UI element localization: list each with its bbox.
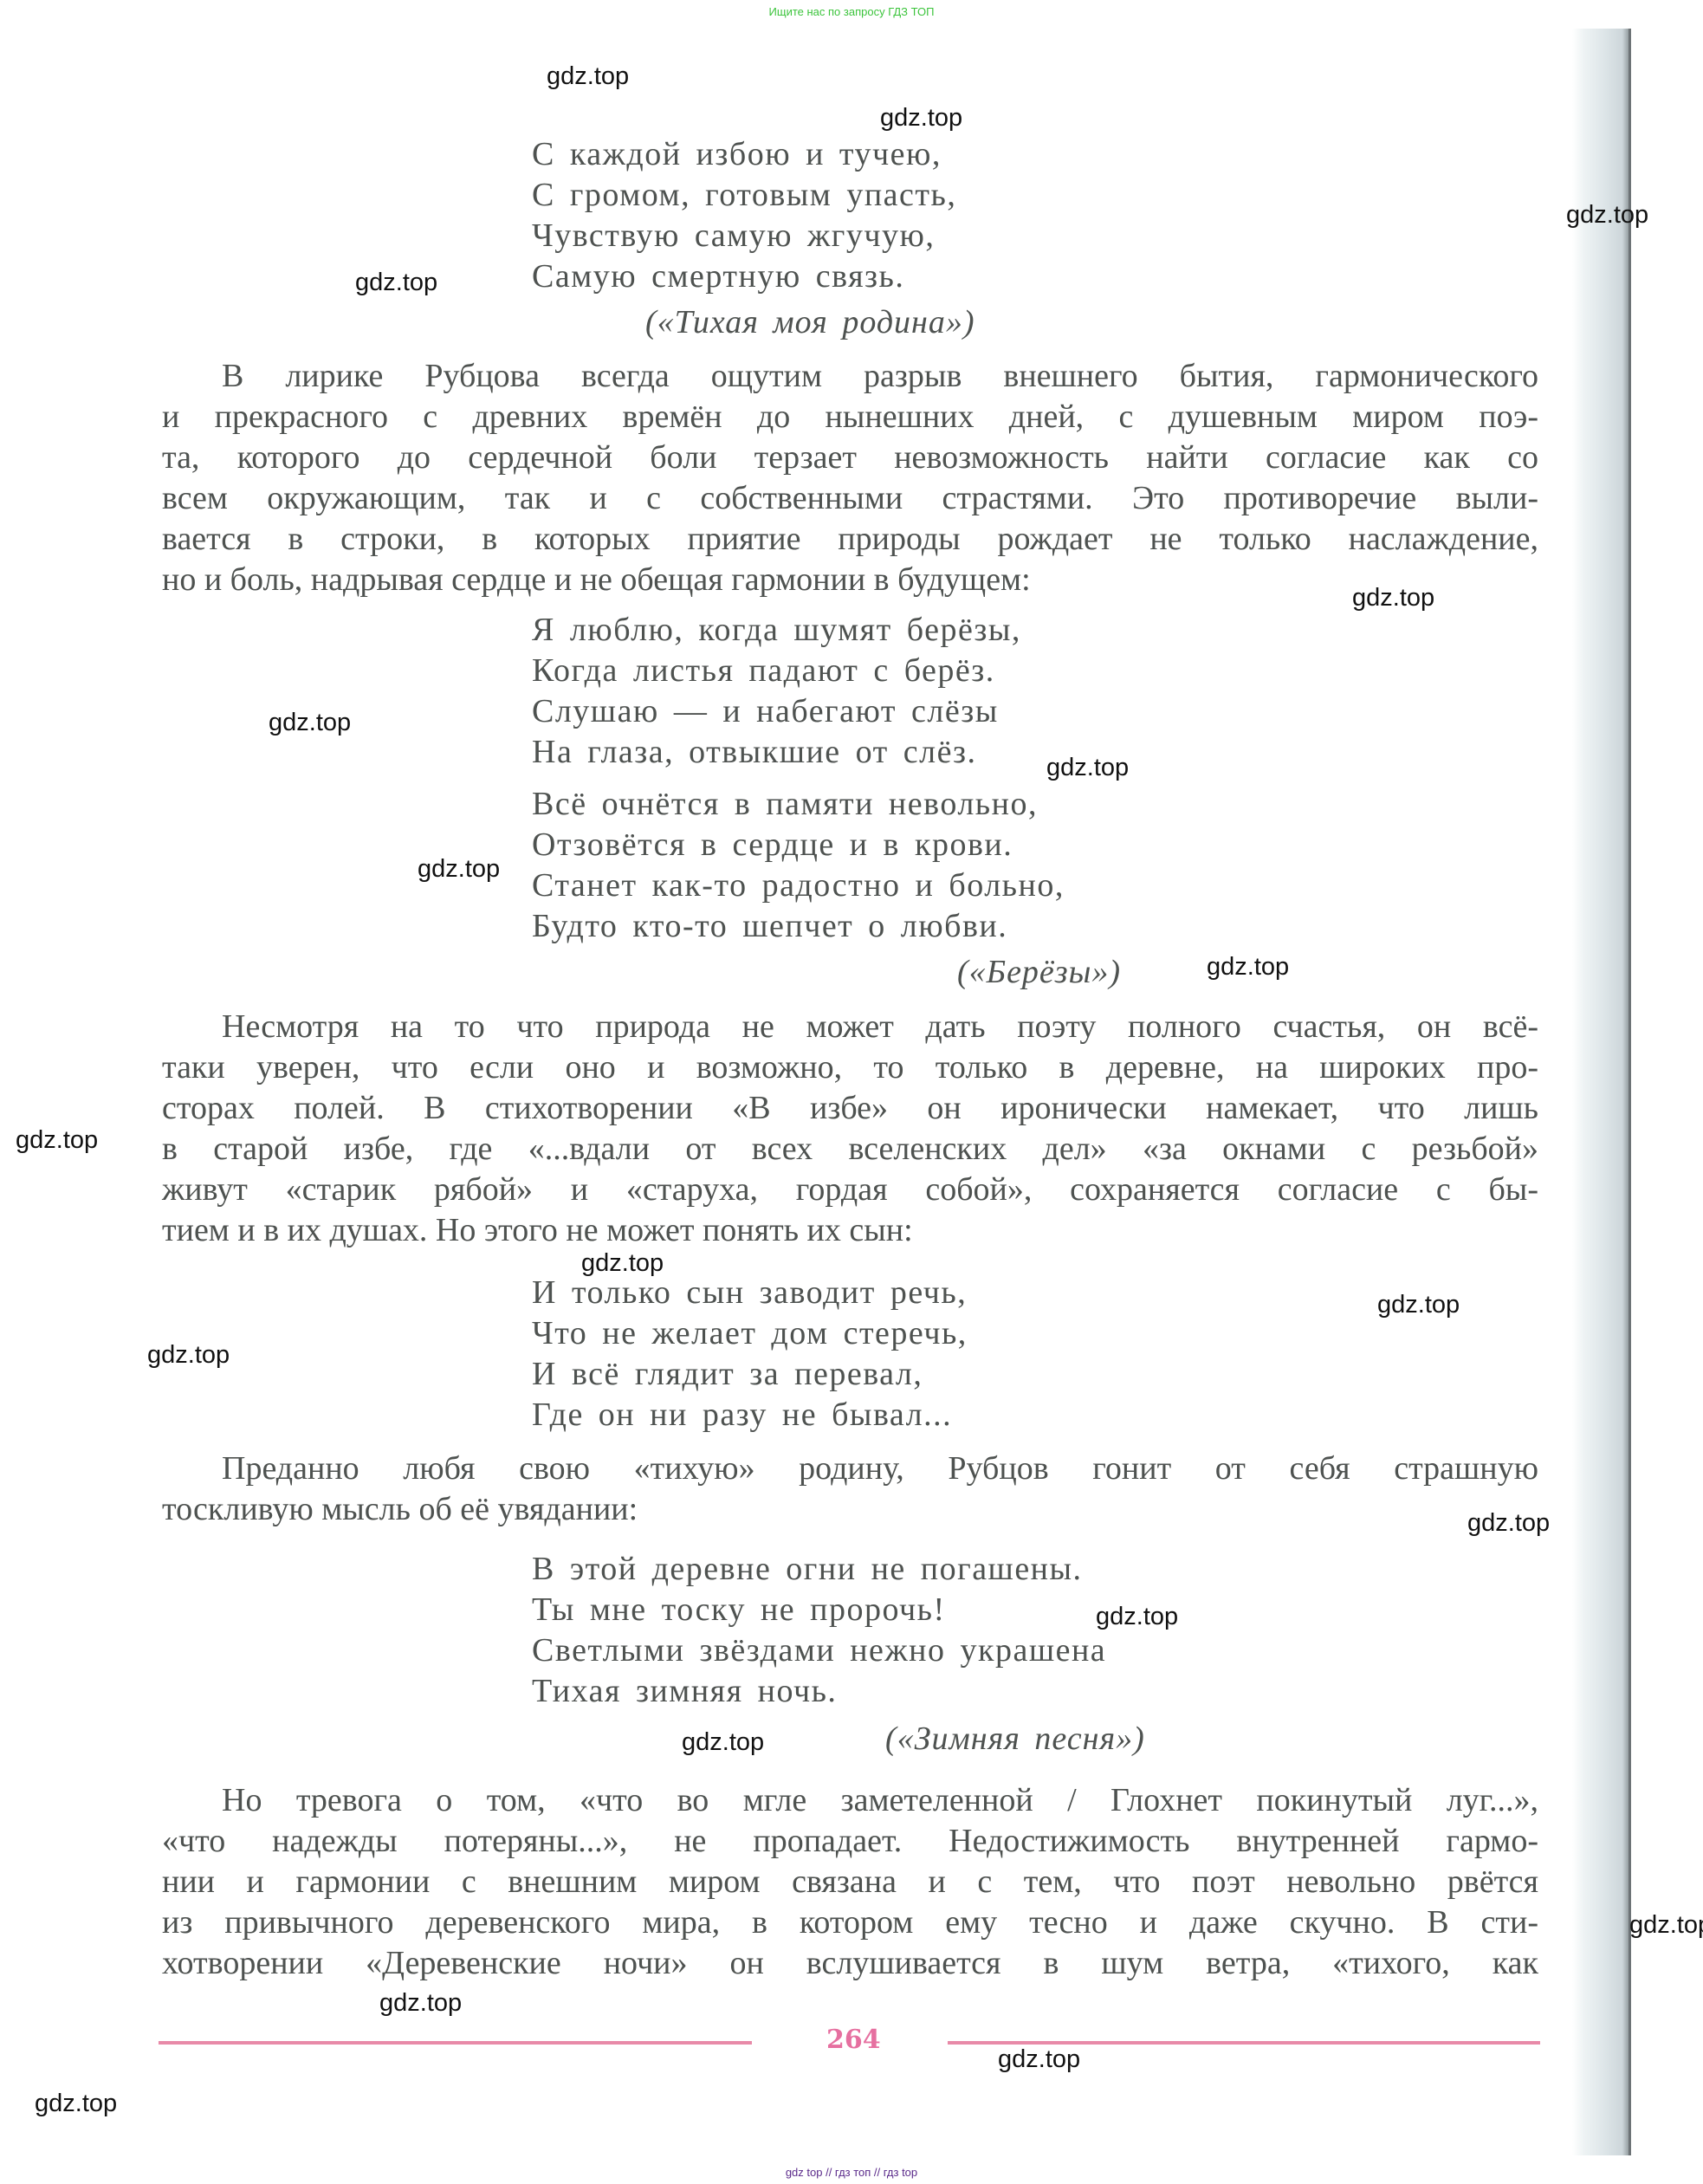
verse-line: Станет как-то радостно и больно, <box>532 865 1065 906</box>
watermark: gdz.top <box>1096 1603 1178 1631</box>
poem-caption: («Тихая моя родина») <box>645 303 975 341</box>
watermark: gdz.top <box>1566 201 1648 230</box>
verse-line: И только сын заводит речь, <box>532 1273 967 1313</box>
watermark: gdz.top <box>1629 1911 1703 1940</box>
footer-rule-right <box>948 2041 1540 2045</box>
watermark: gdz.top <box>1352 584 1434 612</box>
paragraph-line: хотворении «Деревенские ночи» он вслушив… <box>162 1943 1538 1984</box>
verse-line: И всё глядит за перевал, <box>532 1354 923 1395</box>
watermark: gdz.top <box>379 1989 462 2018</box>
footer-rule-left <box>159 2041 752 2045</box>
watermark: gdz.top <box>1467 1509 1550 1538</box>
watermark: gdz.top <box>682 1728 764 1757</box>
poem-caption: («Зимняя песня») <box>885 1720 1145 1758</box>
book-spine-shadow <box>1572 29 1631 2155</box>
verse-line: Тихая зимняя ночь. <box>532 1671 837 1712</box>
page-number: 264 <box>826 2025 881 2055</box>
watermark: gdz.top <box>16 1126 98 1155</box>
paragraph-line: та, которого до сердечной боли терзает н… <box>162 437 1538 478</box>
paragraph-line: В лирике Рубцова всегда ощутим разрыв вн… <box>222 356 1538 397</box>
verse-line: Будто кто-то шепчет о любви. <box>532 906 1007 947</box>
watermark: gdz.top <box>35 2090 117 2118</box>
watermark: gdz.top <box>1207 953 1289 982</box>
watermark: gdz.top <box>147 1341 230 1370</box>
verse-line: Отзовётся в сердце и в крови. <box>532 825 1013 865</box>
paragraph-line: но и боль, надрывая сердце и не обещая г… <box>162 560 1538 600</box>
watermark: gdz.top <box>547 62 629 91</box>
verse-line: Где он ни разу не бывал... <box>532 1395 952 1435</box>
watermark: gdz.top <box>269 709 351 737</box>
watermark: gdz.top <box>355 269 437 297</box>
watermark: gdz.top <box>418 855 500 884</box>
verse-line: На глаза, отвыкшие от слёз. <box>532 732 977 773</box>
verse-line: Чувствую самую жгучую, <box>532 216 935 256</box>
verse-line: Когда листья падают с берёз. <box>532 651 995 691</box>
paragraph-line: таки уверен, что если оно и возможно, то… <box>162 1047 1538 1088</box>
watermark: gdz.top <box>1046 754 1129 782</box>
watermark: gdz.top <box>880 104 962 133</box>
paragraph-line: тием и в их душах. Но этого не может пон… <box>162 1210 1538 1251</box>
paragraph-line: тоскливую мысль об её увядании: <box>162 1489 1538 1530</box>
paragraph-line: «что надежды потеряны...», не пропадает.… <box>162 1821 1538 1862</box>
paragraph-line: в старой избе, где «...вдали от всех все… <box>162 1129 1538 1170</box>
verse-line: Ты мне тоску не пророчь! <box>532 1590 946 1630</box>
watermark: gdz.top <box>998 2045 1080 2074</box>
poem-caption: («Берёзы») <box>957 953 1121 991</box>
verse-line: Всё очнётся в памяти невольно, <box>532 784 1038 825</box>
verse-line: Я люблю, когда шумят берёзы, <box>532 610 1021 651</box>
bottom-banner: gdz top // гдз топ // гдз top <box>0 2166 1703 2179</box>
paragraph-line: сторах полей. В стихотворении «В избе» о… <box>162 1088 1538 1129</box>
verse-line: С каждой избою и тучею, <box>532 134 942 175</box>
top-banner: Ищите нас по запросу ГДЗ ТОП <box>0 5 1703 18</box>
watermark: gdz.top <box>581 1249 664 1278</box>
paragraph-line: живут «старик рябой» и «старуха, гордая … <box>162 1170 1538 1210</box>
paragraph-line: нии и гармонии с внешним миром связана и… <box>162 1862 1538 1902</box>
verse-line: Самую смертную связь. <box>532 256 904 297</box>
verse-line: Светлыми звёздами нежно украшена <box>532 1630 1106 1671</box>
watermark: gdz.top <box>1377 1291 1460 1319</box>
paragraph-line: и прекрасного с древних времён до нынешн… <box>162 397 1538 437</box>
book-spine-edge <box>1629 29 1631 2155</box>
verse-line: Что не желает дом стеречь, <box>532 1313 968 1354</box>
paragraph-line: из привычного деревенского мира, в котор… <box>162 1902 1538 1943</box>
paragraph-line: вается в строки, в которых приятие приро… <box>162 519 1538 560</box>
paragraph-line: всем окружающим, так и с собственными ст… <box>162 478 1538 519</box>
verse-line: Слушаю — и набегают слёзы <box>532 691 999 732</box>
paragraph-line: Несмотря на то что природа не может дать… <box>222 1007 1538 1047</box>
paragraph-line: Но тревога о том, «что во мгле заметелен… <box>222 1780 1538 1821</box>
verse-line: С громом, готовым упасть, <box>532 175 956 216</box>
paragraph-line: Преданно любя свою «тихую» родину, Рубцо… <box>222 1448 1538 1489</box>
verse-line: В этой деревне огни не погашены. <box>532 1549 1083 1590</box>
